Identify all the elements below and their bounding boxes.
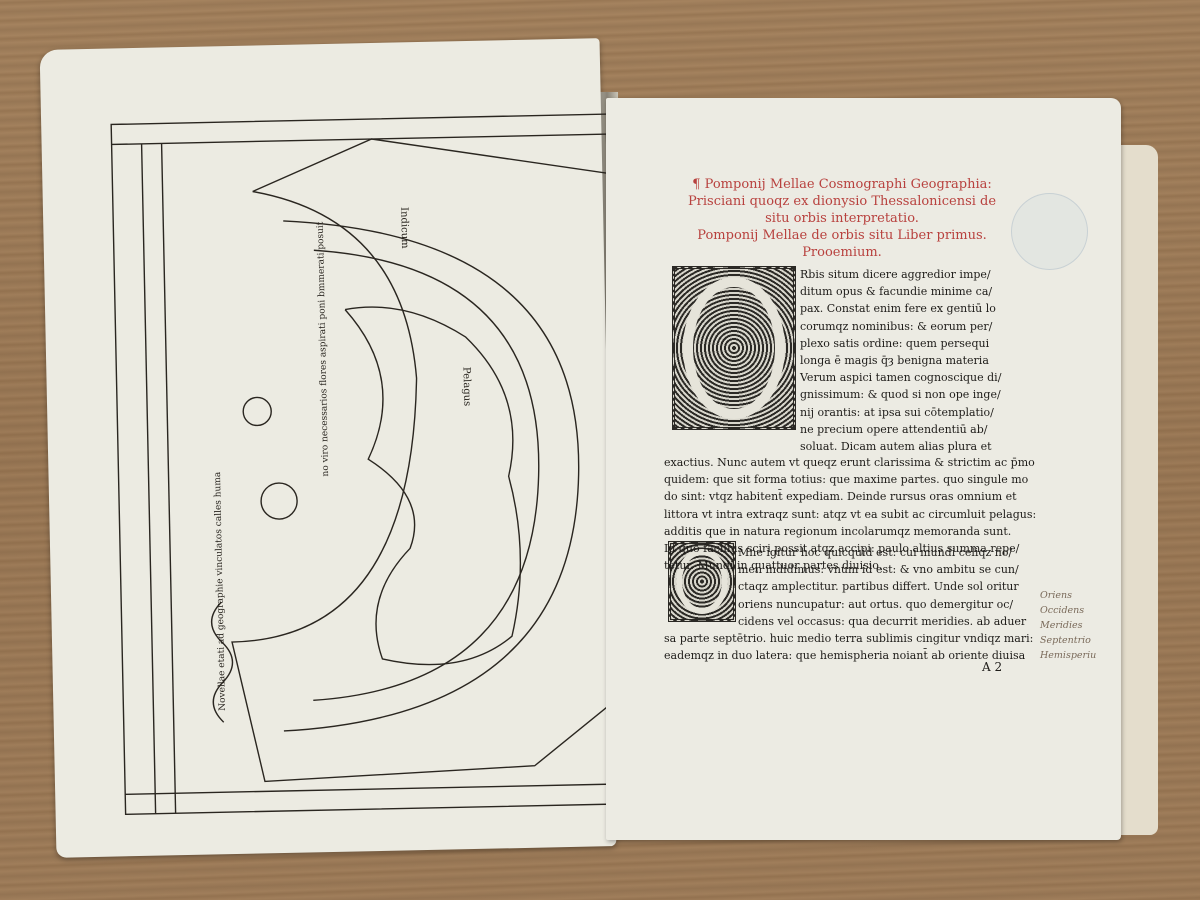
paragraph-2-full: sa parte septētrio. huic medio terra sub… bbox=[664, 630, 1033, 664]
map-label-indicum: Indicum bbox=[398, 207, 410, 249]
signature-mark: A 2 bbox=[982, 660, 1002, 674]
rubric-line: Prisciani quoqz ex dionysio Thessalonice… bbox=[652, 193, 1032, 210]
left-page: Indicum Pelagus no viro necessarios flor… bbox=[40, 38, 617, 858]
rubric-line: Prooemium. bbox=[652, 244, 1032, 261]
paragraph-1-indented: Rbis situm dicere aggredior impe/ ditum … bbox=[800, 266, 1001, 455]
rubric-heading: ¶ Pomponij Mellae Cosmographi Geographia… bbox=[652, 176, 1032, 261]
paragraph-2-indented: Mne igitur hoc quicquid est: cui mundi c… bbox=[738, 544, 1026, 630]
decorated-initial-o bbox=[672, 266, 796, 430]
map-label-pelagus: Pelagus bbox=[461, 367, 473, 407]
world-map-woodcut bbox=[100, 73, 655, 824]
manuscript-marginalia: Oriens Occidens Meridies Septentrio Hemi… bbox=[1040, 588, 1096, 663]
rubric-line: ¶ Pomponij Mellae Cosmographi Geographia… bbox=[652, 176, 1032, 193]
rubric-line: Pomponij Mellae de orbis situ Liber prim… bbox=[652, 227, 1032, 244]
rubric-line: situ orbis interpretatio. bbox=[652, 210, 1032, 227]
